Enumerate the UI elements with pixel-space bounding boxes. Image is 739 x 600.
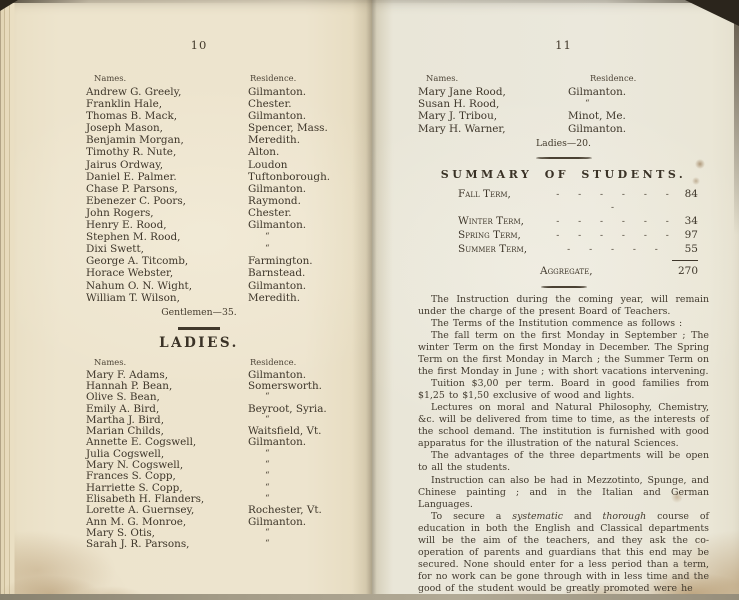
residence-column-header: Residence. (568, 73, 709, 83)
page-number-left: 10 (86, 38, 312, 52)
student-name: Jairus Ordway, (86, 159, 248, 171)
student-residence: “ (568, 98, 709, 110)
student-residence: Minot, Me. (568, 110, 709, 122)
student-residence: Tuftonborough. (248, 171, 330, 183)
student-name: John Rogers, (86, 207, 248, 219)
student-residence: Beyroot, Syria. (248, 404, 327, 415)
term-count: 34 (672, 215, 698, 228)
roster-row: Olive S. Bean, “ (86, 392, 312, 403)
names-column-header: Names. (418, 73, 568, 83)
student-residence: Gilmanton. (248, 517, 312, 528)
student-residence: Gilmanton. (568, 86, 709, 98)
student-residence: Alton. (248, 146, 312, 158)
summary-row: Winter Term, - - - - - - 34 (458, 215, 698, 229)
student-name: Susan H. Rood, (418, 98, 568, 110)
column-headers-ladies-continued: Names. Residence. (418, 73, 709, 83)
student-residence: “ (248, 471, 312, 482)
roster-row: Mary H. Warner, Gilmanton. (418, 123, 709, 135)
term-label: Spring Term, (458, 229, 554, 242)
term-count: 55 (672, 243, 698, 256)
student-name: Daniel E. Palmer. (86, 171, 248, 183)
student-residence: Chester. (248, 207, 312, 219)
student-residence: Spencer, Mass. (248, 122, 328, 134)
names-column-header: Names. (86, 357, 248, 367)
roster-row: Lorette A. Guernsey, Rochester, Vt. (86, 505, 312, 516)
student-residence: Barnstead. (248, 267, 312, 279)
student-residence: Gilmanton. (248, 280, 312, 292)
book-bottom-edge (0, 594, 739, 600)
student-name: Mary H. Warner, (418, 123, 568, 135)
summary-row: Spring Term, - - - - - - 97 (458, 229, 698, 243)
student-name: Lorette A. Guernsey, (86, 505, 248, 516)
student-residence: “ (248, 539, 312, 550)
student-residence: Gilmanton. (248, 110, 312, 122)
student-name: Benjamin Morgan, (86, 134, 248, 146)
paragraph: Lectures on moral and Natural Philosophy… (418, 402, 709, 450)
student-residence: Gilmanton. (248, 219, 312, 231)
roster-row: Stephen M. Rood, “ (86, 231, 312, 243)
student-residence: Meredith. (248, 292, 312, 304)
student-residence: “ (248, 243, 312, 255)
roster-row: John Rogers, Chester. (86, 207, 312, 219)
right-page: 11 Names. Residence. Mary Jane Rood, Gil… (372, 0, 739, 594)
student-residence: “ (248, 460, 312, 471)
roster-row: Frances S. Copp, “ (86, 471, 312, 482)
aggregate-value: 270 (678, 265, 698, 277)
roster-row: Daniel E. Palmer. Tuftonborough. (86, 171, 312, 183)
student-name: Mary J. Tribou, (418, 110, 568, 122)
roster-row: Chase P. Parsons, Gilmanton. (86, 183, 312, 195)
student-residence: “ (248, 392, 312, 403)
paragraph: The Instruction during the coming year, … (418, 294, 709, 318)
residence-column-header: Residence. (248, 357, 312, 367)
student-name: Stephen M. Rood, (86, 231, 248, 243)
student-residence: “ (248, 449, 312, 460)
term-label: Winter Term, (458, 215, 554, 228)
leader-dashes: - - - - - (554, 244, 672, 257)
cover-edge-right (734, 0, 739, 235)
student-residence: Gilmanton. (248, 183, 312, 195)
student-name: Nahum O. N. Wight, (86, 280, 248, 292)
student-residence: Gilmanton. (248, 437, 312, 448)
student-residence: Raymond. (248, 195, 312, 207)
student-name: Olive S. Bean, (86, 392, 248, 403)
roster-row: Timothy R. Nute, Alton. (86, 146, 312, 158)
summary-table: Fall Term, - - - - - - - 84 Winter Term,… (458, 188, 698, 257)
roster-row: Horace Webster, Barnstead. (86, 267, 312, 279)
student-residence: Loudon (248, 159, 312, 171)
student-residence: “ (248, 483, 312, 494)
student-residence: Farmington. (248, 255, 313, 267)
student-name: Franklin Hale, (86, 98, 248, 110)
column-headers-gentlemen: Names. Residence. (86, 73, 312, 83)
student-residence: Rochester, Vt. (248, 505, 322, 516)
roster-row: Ebenezer C. Poors, Raymond. (86, 195, 312, 207)
leader-dashes: - - - - - - (554, 216, 672, 229)
ladies-heading: LADIES. (86, 335, 312, 351)
summary-row: Summer Term, - - - - - 55 (458, 243, 698, 257)
student-residence: Somersworth. (248, 381, 322, 392)
aggregate-row: Aggregate, 270 (540, 265, 698, 277)
leader-dashes: - - - - - - (554, 230, 672, 243)
term-label: Summer Term, (458, 243, 554, 256)
student-name: Joseph Mason, (86, 122, 248, 134)
student-residence: Gilmanton. (568, 123, 709, 135)
roster-row: William T. Wilson, Meredith. (86, 292, 312, 304)
term-count: 97 (672, 229, 698, 242)
roster-row: Joseph Mason, Spencer, Mass. (86, 122, 312, 134)
student-residence: “ (248, 528, 312, 539)
gentlemen-roster: Andrew G. Greely, Gilmanton. Franklin Ha… (86, 86, 312, 304)
roster-row: Dixi Swett, “ (86, 243, 312, 255)
roster-row: Sarah J. R. Parsons, “ (86, 539, 312, 550)
roster-row: Franklin Hale, Chester. (86, 98, 312, 110)
roster-row: Mary J. Tribou, Minot, Me. (418, 110, 709, 122)
student-name: William T. Wilson, (86, 292, 248, 304)
roster-row: Nahum O. N. Wight, Gilmanton. (86, 280, 312, 292)
paragraph: To secure a systematic and thorough cour… (418, 511, 709, 595)
student-name: Sarah J. R. Parsons, (86, 539, 248, 550)
leader-dashes: - - - - - - - (554, 189, 672, 215)
roster-row: Benjamin Morgan, Meredith. (86, 134, 312, 146)
student-name: George A. Titcomb, (86, 255, 248, 267)
roster-row: Andrew G. Greely, Gilmanton. (86, 86, 312, 98)
student-name: Timothy R. Nute, (86, 146, 248, 158)
student-name: Ebenezer C. Poors, (86, 195, 248, 207)
term-count: 84 (672, 188, 698, 201)
student-name: Thomas B. Mack, (86, 110, 248, 122)
column-headers-ladies: Names. Residence. (86, 357, 312, 367)
summary-title: SUMMARY OF STUDENTS. (418, 168, 709, 181)
divider-rule (541, 286, 587, 288)
student-residence: “ (248, 231, 312, 243)
scanned-book-spread: 10 Names. Residence. Andrew G. Greely, G… (0, 0, 739, 600)
gentlemen-count: Gentlemen—35. (86, 307, 312, 318)
residence-column-header: Residence. (248, 73, 312, 83)
ladies-roster: Mary F. Adams, Gilmanton. Hannah P. Bean… (86, 370, 312, 551)
left-page: 10 Names. Residence. Andrew G. Greely, G… (0, 0, 372, 594)
student-residence: Gilmanton. (248, 86, 312, 98)
student-name: Henry E. Rood, (86, 219, 248, 231)
paragraph: Instruction can also be had in Mezzotint… (418, 475, 709, 511)
roster-row: Henry E. Rood, Gilmanton. (86, 219, 312, 231)
roster-row: Mary Jane Rood, Gilmanton. (418, 86, 709, 98)
roster-row: Thomas B. Mack, Gilmanton. (86, 110, 312, 122)
paragraph: The fall term on the first Monday in Sep… (418, 330, 709, 378)
student-name: Dixi Swett, (86, 243, 248, 255)
names-column-header: Names. (86, 73, 248, 83)
term-label: Fall Term, (458, 188, 554, 201)
roster-row: Susan H. Rood, “ (418, 98, 709, 110)
student-name: Mary Jane Rood, (418, 86, 568, 98)
open-book: 10 Names. Residence. Andrew G. Greely, G… (0, 0, 739, 594)
roster-row: Jairus Ordway, Loudon (86, 159, 312, 171)
aggregate-label: Aggregate, (540, 265, 593, 277)
student-name: Chase P. Parsons, (86, 183, 248, 195)
paragraph: The Terms of the Institution commence as… (418, 318, 709, 330)
sum-rule (672, 260, 698, 261)
ladies-count: Ladies—20. (418, 138, 709, 149)
student-residence: Meredith. (248, 134, 312, 146)
student-name: Horace Webster, (86, 267, 248, 279)
paragraph: Tuition $3,00 per term. Board in good fa… (418, 378, 709, 402)
summary-row: Fall Term, - - - - - - - 84 (458, 188, 698, 215)
page-number-right: 11 (418, 38, 709, 52)
paragraph: The advantages of the three departments … (418, 450, 709, 474)
divider-rule (536, 157, 592, 159)
student-name: Andrew G. Greely, (86, 86, 248, 98)
student-residence: Chester. (248, 98, 312, 110)
roster-row: George A. Titcomb, Farmington. (86, 255, 312, 267)
ladies-roster-continued: Mary Jane Rood, Gilmanton. Susan H. Rood… (418, 86, 709, 135)
body-text: The Instruction during the coming year, … (418, 294, 709, 595)
section-rule (178, 327, 220, 330)
student-name: Frances S. Copp, (86, 471, 248, 482)
